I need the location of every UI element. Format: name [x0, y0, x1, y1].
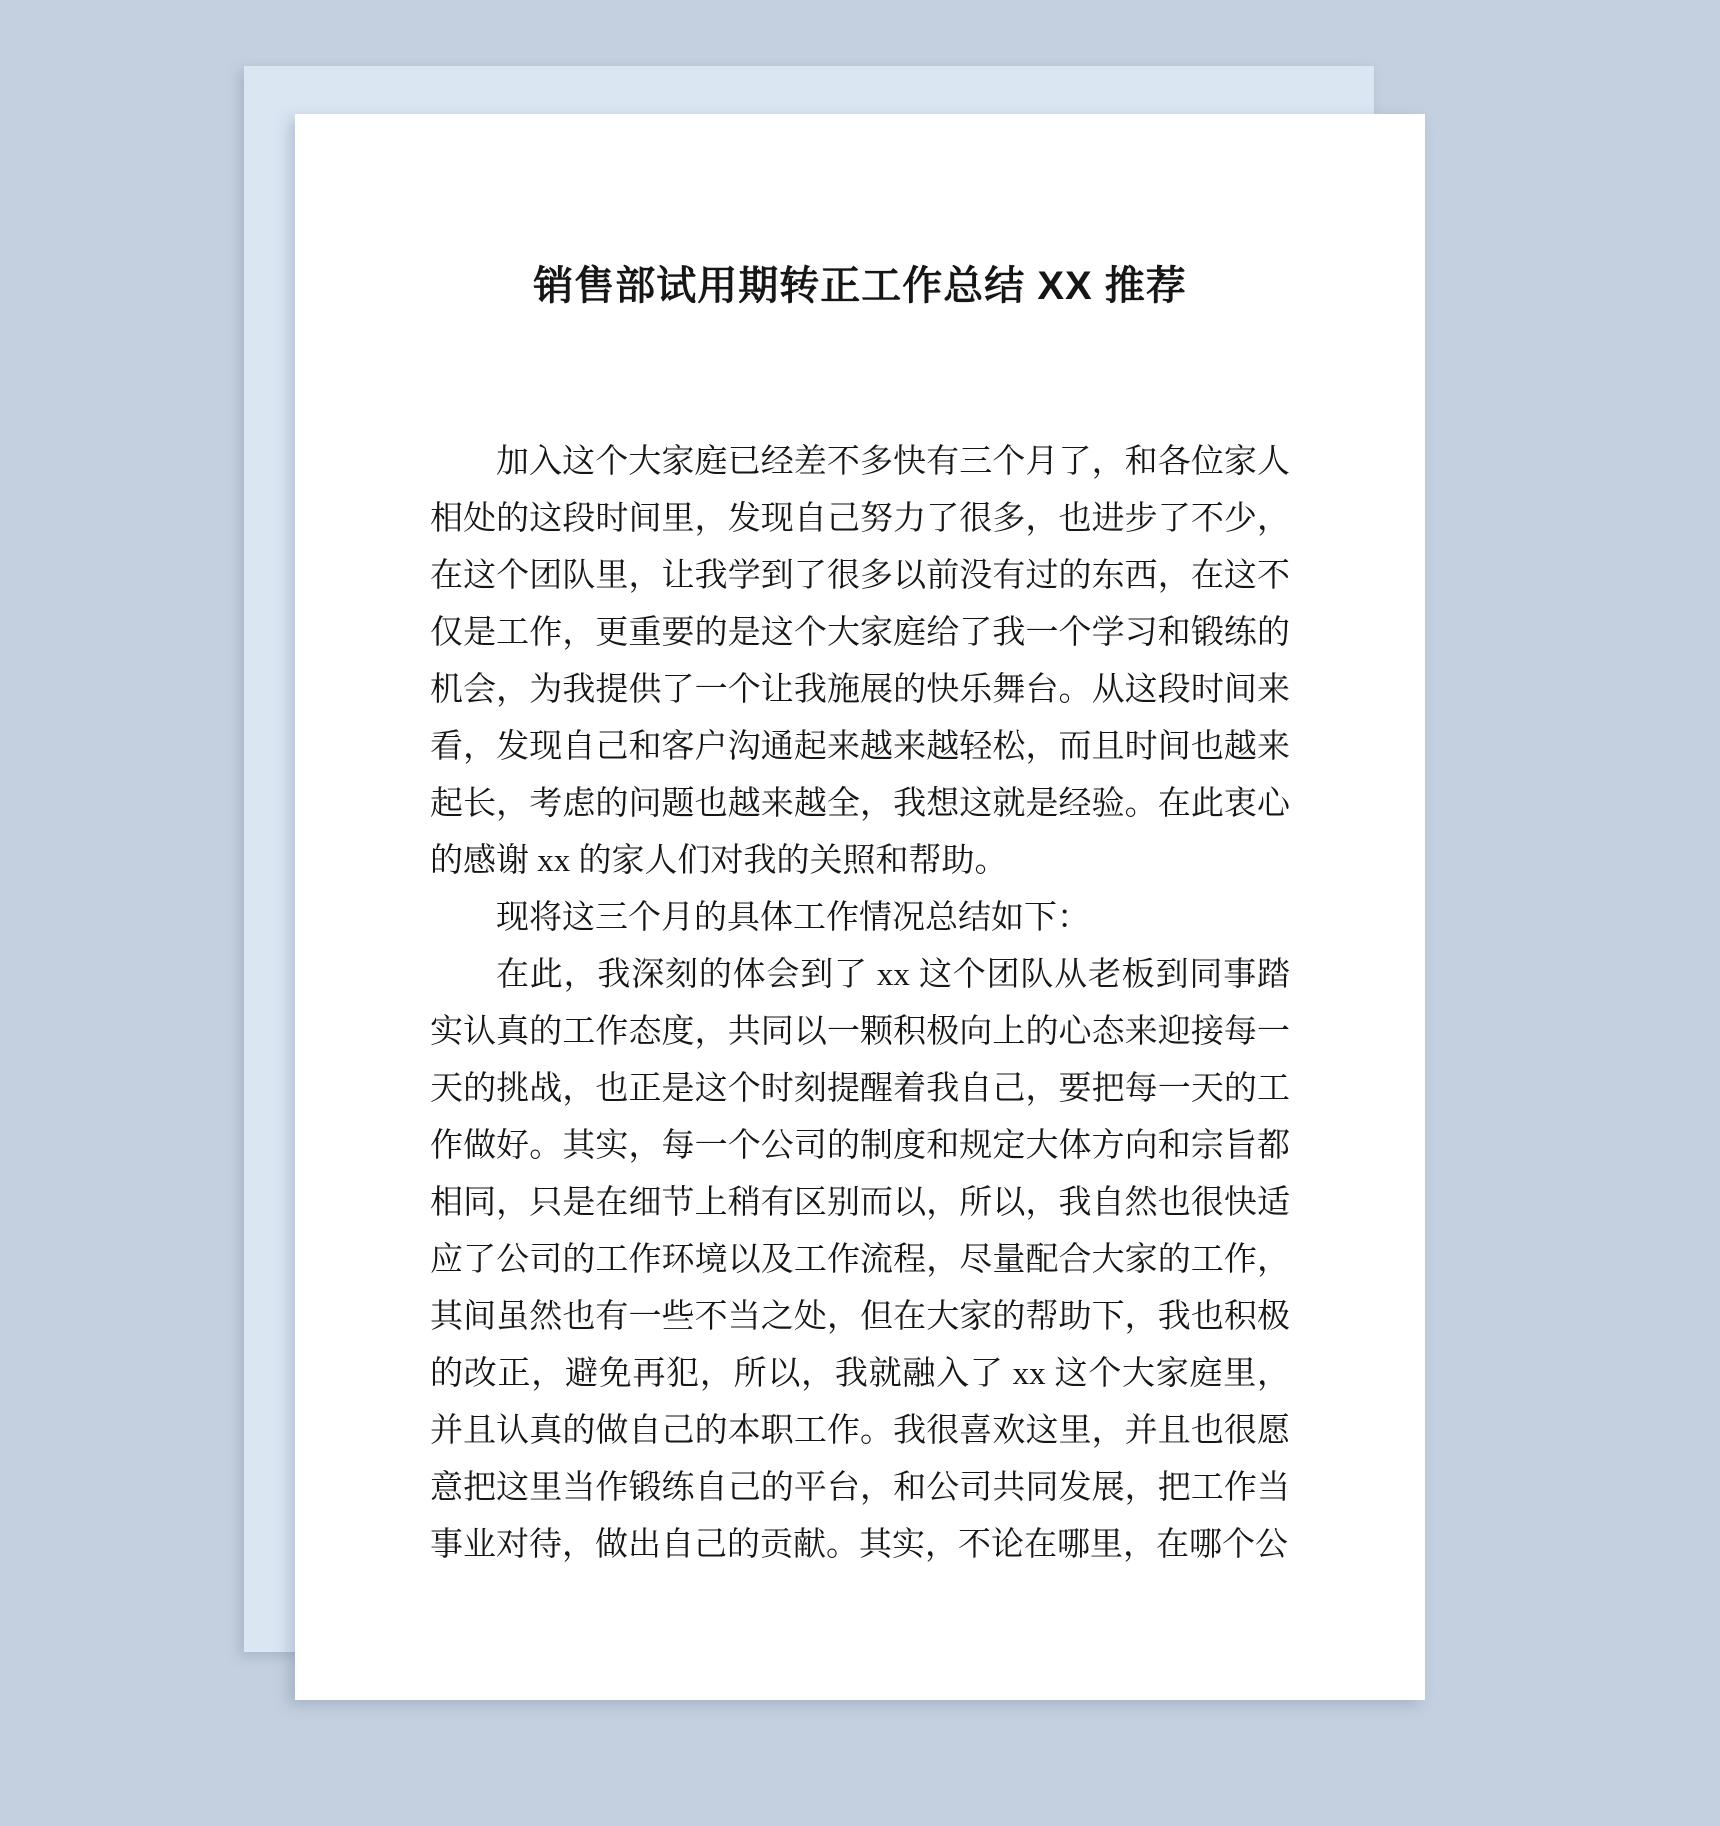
preview-background: 销售部试用期转正工作总结 XX 推荐 加入这个大家庭已经差不多快有三个月了，和各… — [0, 0, 1720, 1826]
document-page: 销售部试用期转正工作总结 XX 推荐 加入这个大家庭已经差不多快有三个月了，和各… — [295, 114, 1425, 1700]
document-body: 加入这个大家庭已经差不多快有三个月了，和各位家人相处的这段时间里，发现自己努力了… — [430, 434, 1290, 1574]
document-title: 销售部试用期转正工作总结 XX 推荐 — [375, 262, 1345, 310]
document-paragraph: 加入这个大家庭已经差不多快有三个月了，和各位家人相处的这段时间里，发现自己努力了… — [430, 434, 1290, 890]
document-paragraph: 现将这三个月的具体工作情况总结如下： — [430, 890, 1290, 947]
document-paragraph: 在此，我深刻的体会到了 xx 这个团队从老板到同事踏实认真的工作态度，共同以一颗… — [430, 947, 1290, 1574]
